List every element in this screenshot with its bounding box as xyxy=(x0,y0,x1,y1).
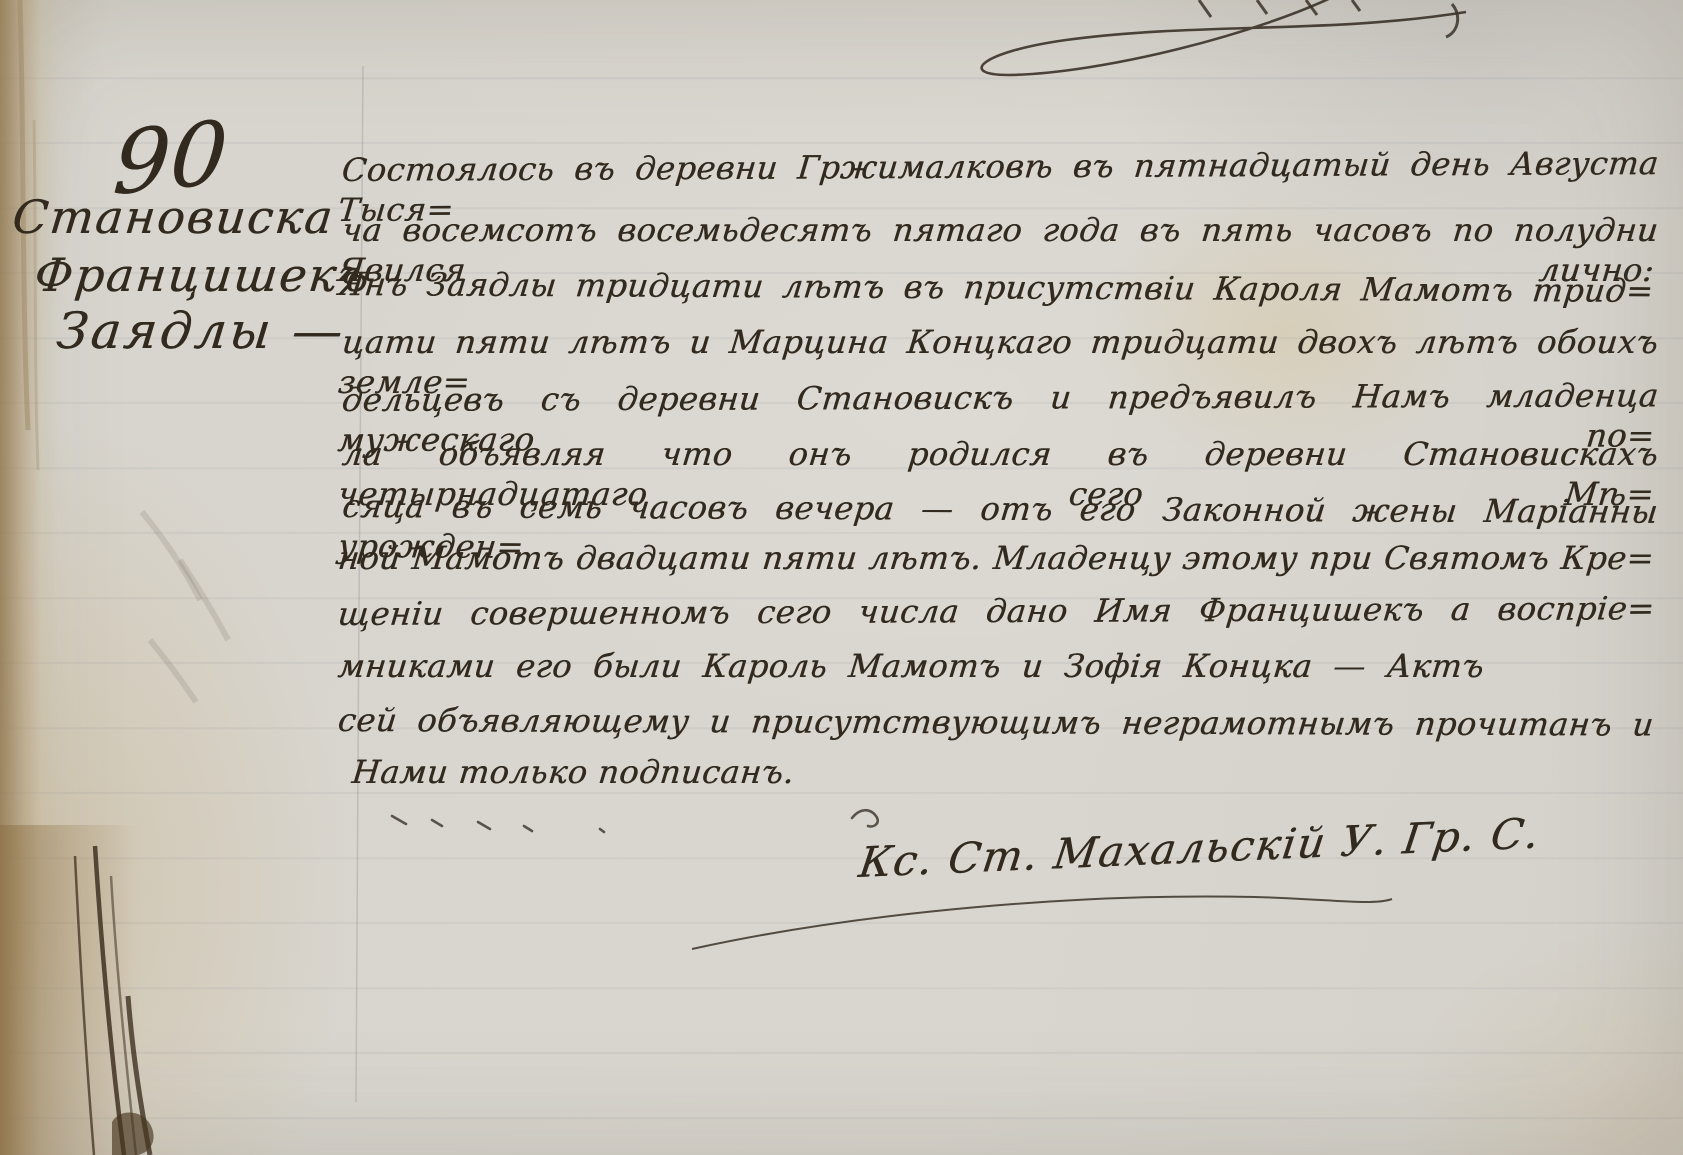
body-line-10: мниками его были Кароль Мамотъ и Зофія К… xyxy=(336,646,1486,686)
margin-surname: Заядлы — xyxy=(54,302,348,360)
body-line-3: Янъ Заядлы тридцати лѣтъ въ присутствіи … xyxy=(336,264,1656,311)
body-line-9: щеніи совершенномъ сего числа дано Имя Ф… xyxy=(336,588,1657,634)
margin-given-name: Францишекъ xyxy=(32,248,374,302)
register-page-photo: 90 Становиска Францишекъ Заядлы — Состоя… xyxy=(0,0,1683,1155)
body-line-12: Нами только подписанъ. xyxy=(350,752,796,792)
margin-village-name: Становиска xyxy=(10,190,337,244)
book-gutter-edge-bottom xyxy=(0,825,180,1155)
body-line-8: ной Мамотъ двадцати пяти лѣтъ. Младенцу … xyxy=(336,538,1656,578)
body-line-11: сей объявляющему и присутствующимъ негра… xyxy=(336,700,1656,745)
